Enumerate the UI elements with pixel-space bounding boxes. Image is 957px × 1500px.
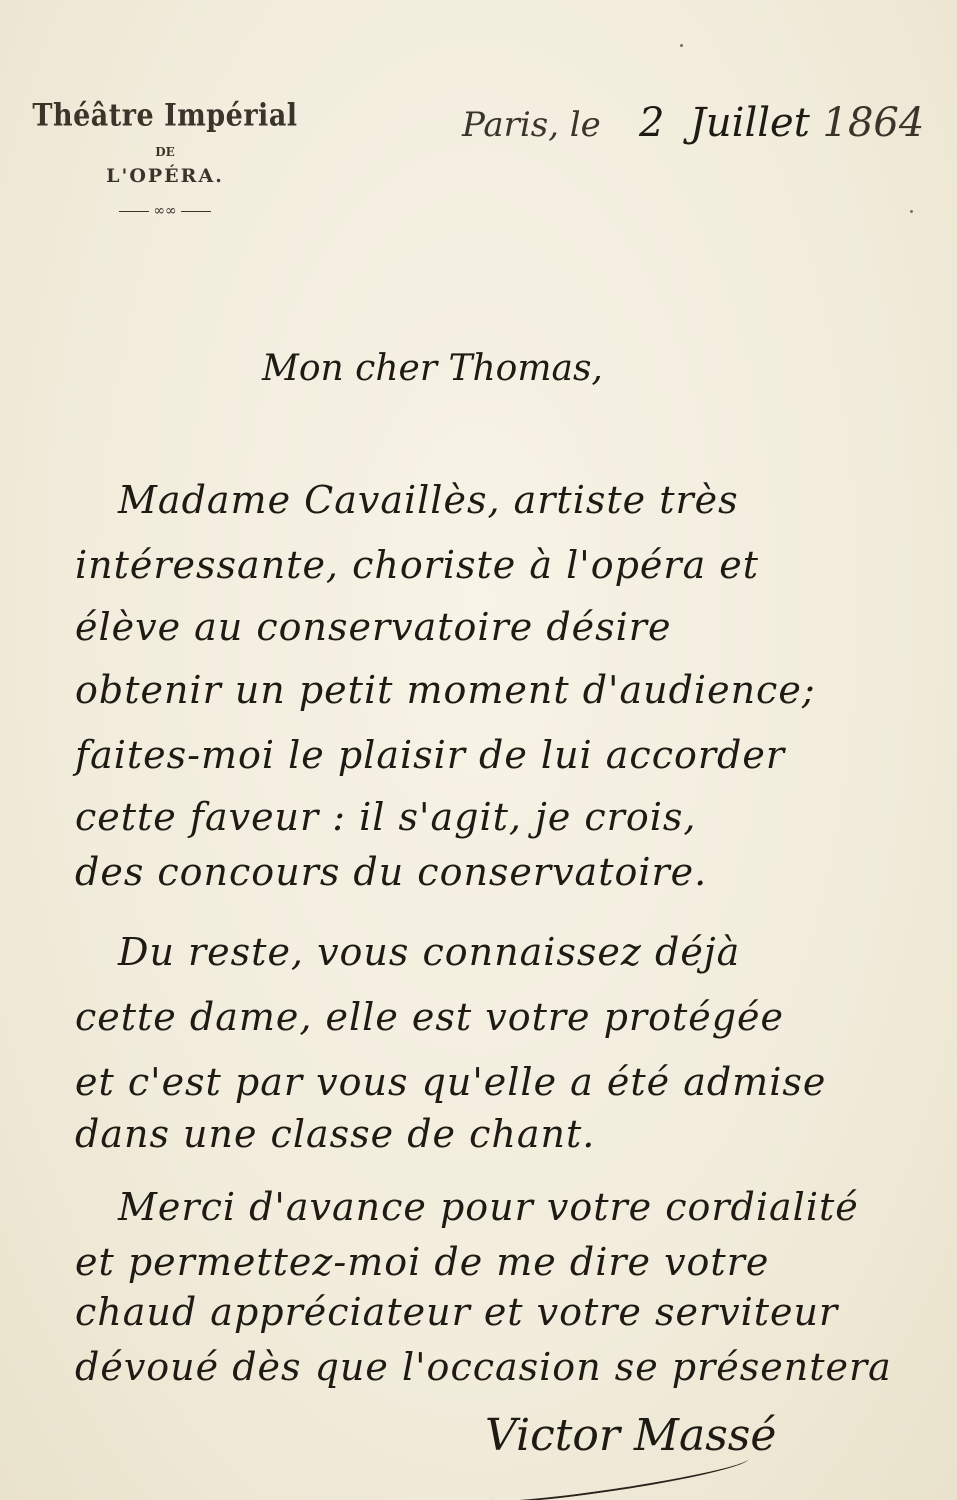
body-line: des concours du conservatoire. <box>75 850 707 894</box>
letterhead-de: DE <box>20 145 310 159</box>
ornament-rule-right <box>181 211 211 212</box>
ornament-divider: ∞∞ <box>20 203 310 219</box>
dateline-year: 1864 <box>823 100 925 146</box>
letterhead: Théâtre Impérial DE L'OPÉRA. ∞∞ <box>20 100 310 219</box>
body-line: Merci d'avance pour votre cordialité <box>118 1185 859 1229</box>
body-line: Madame Cavaillès, artiste très <box>118 478 739 522</box>
letterhead-opera: L'OPÉRA. <box>20 165 310 187</box>
body-line: et permettez-moi de me dire votre <box>75 1240 769 1284</box>
body-line: faites-moi le plaisir de lui accorder <box>75 733 785 777</box>
body-line: et c'est par vous qu'elle a été admise <box>75 1060 826 1104</box>
body-line: élève au conservatoire désire <box>75 605 671 649</box>
body-line: cette dame, elle est votre protégée <box>75 995 784 1039</box>
paper-speck <box>680 44 683 47</box>
body-line: obtenir un petit moment d'audience; <box>75 668 816 712</box>
body-line: intéressante, choriste à l'opéra et <box>75 543 759 587</box>
ornament-rule-left <box>119 211 149 212</box>
dateline-month: Juillet <box>690 100 810 146</box>
salutation: Mon cher Thomas, <box>262 348 603 389</box>
body-line: dans une classe de chant. <box>75 1112 595 1156</box>
body-line: cette faveur : il s'agit, je crois, <box>75 795 696 839</box>
dateline-day: 2 <box>639 100 664 146</box>
paper-speck <box>910 210 913 213</box>
body-line: chaud appréciateur et votre serviteur <box>75 1290 838 1334</box>
body-line: Du reste, vous connaissez déjà <box>118 930 740 974</box>
ornament-flourish-icon: ∞∞ <box>153 203 176 219</box>
letterhead-title: Théâtre Impérial <box>20 98 310 134</box>
letter-page: Théâtre Impérial DE L'OPÉRA. ∞∞ Paris, l… <box>0 0 957 1500</box>
body-line: dévoué dès que l'occasion se présentera <box>75 1345 892 1389</box>
dateline-place: Paris, le <box>462 105 601 145</box>
dateline: Paris, le 2 Juillet 1864 <box>462 100 924 146</box>
